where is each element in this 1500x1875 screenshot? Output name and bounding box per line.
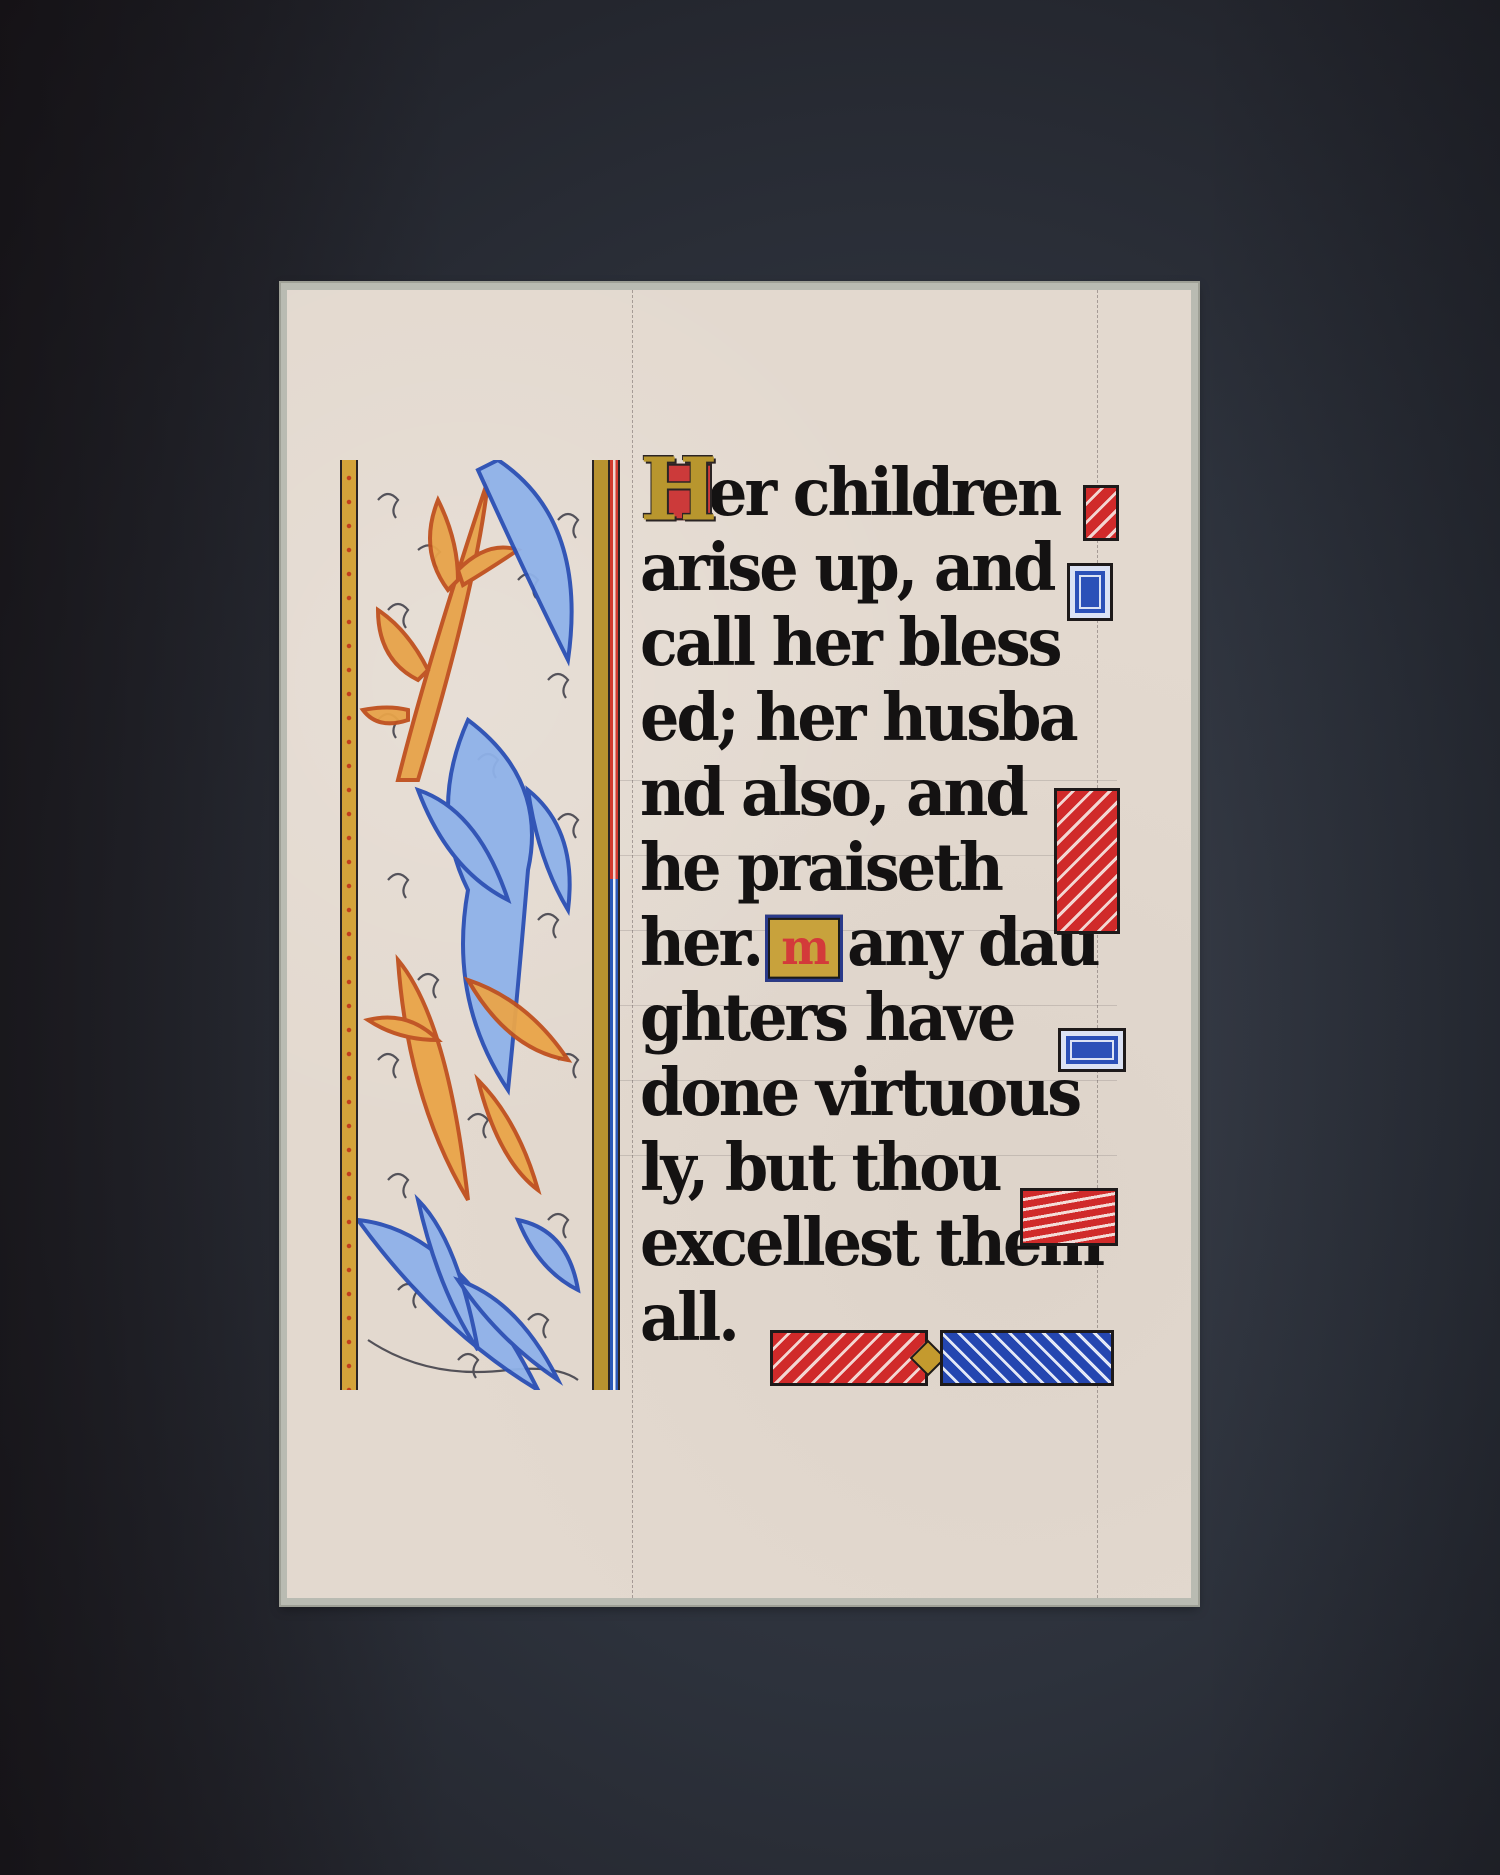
acanthus-vine-icon (358, 460, 588, 1390)
text-line-8: ghters have (640, 978, 1120, 1057)
line-text: er children (708, 454, 1059, 531)
illuminated-initial-h: H (640, 453, 704, 527)
illuminated-initial-m: m (765, 915, 843, 982)
blue-stripe (610, 879, 618, 1391)
line-text: ghters have (640, 979, 1013, 1056)
line-text: he praiseth (640, 829, 1001, 906)
line-text: all. (640, 1279, 737, 1356)
line-text: nd also, and (640, 754, 1026, 831)
line-filler-blue (1058, 1028, 1126, 1072)
line-filler-red (1083, 485, 1119, 541)
gold-bar-right (592, 460, 610, 1390)
gold-bar-left (340, 460, 358, 1390)
line-filler-blue-long (940, 1330, 1114, 1386)
text-line-2: arise up, and (640, 528, 1120, 607)
text-line-1: H er children (640, 453, 1120, 532)
text-line-6: he praiseth (640, 828, 1120, 907)
initial-letter: H (640, 447, 714, 533)
line-text: her. (640, 904, 761, 981)
line-filler-red-tall (1054, 788, 1120, 934)
line-text: ly, but thou (640, 1129, 1000, 1206)
red-blue-stripe (610, 460, 620, 1390)
vine-border (340, 460, 615, 1390)
line-filler-red-long (770, 1330, 928, 1386)
line-text: arise up, and (640, 529, 1054, 606)
text-line-3: call her bless (640, 603, 1120, 682)
text-line-4: ed; her husba (640, 678, 1120, 757)
red-stripe (610, 460, 618, 879)
line-text: ed; her husba (640, 679, 1076, 756)
text-line-9: done virtuous (640, 1053, 1120, 1132)
line-text: call her bless (640, 604, 1060, 681)
ruling-line (632, 290, 634, 1598)
initial-letter: m (770, 920, 838, 977)
text-line-7: her.many dau (640, 903, 1120, 982)
line-filler-red-wave (1020, 1188, 1118, 1246)
line-filler-blue (1067, 563, 1113, 621)
line-text: done virtuous (640, 1054, 1079, 1131)
text-line-5: nd also, and (640, 753, 1120, 832)
